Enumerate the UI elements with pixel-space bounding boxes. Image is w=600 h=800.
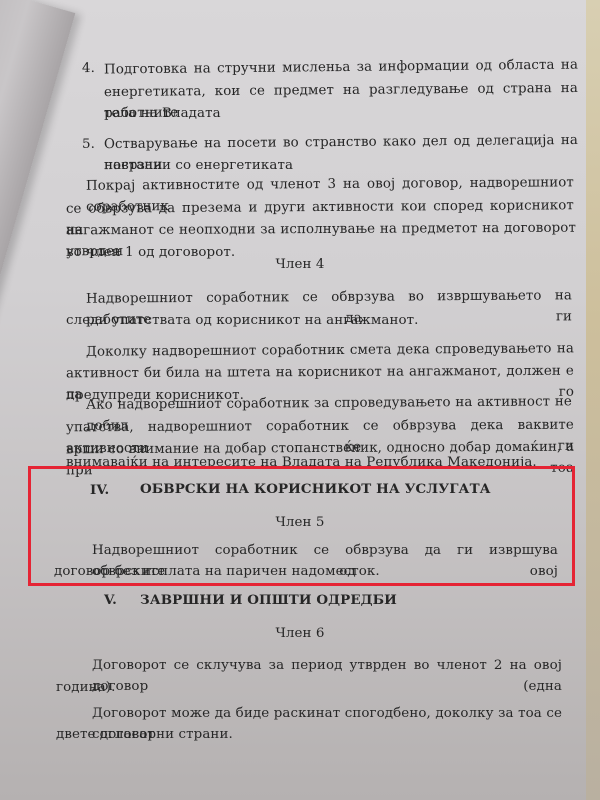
article-heading: Член 6 <box>230 623 370 644</box>
paragraph-line: следи упатствата од корисникот на ангажм… <box>66 310 419 331</box>
list-item-line: тела на Владата <box>104 103 221 124</box>
list-item-number: 5. <box>82 134 95 155</box>
paragraph-line: двете договорни страни. <box>56 724 233 745</box>
section-title: ОБВРСКИ НА КОРИСНИКОТ НА УСЛУГАТА <box>140 479 491 500</box>
paragraph-line: договор без исплата на паричен надоместо… <box>54 561 380 582</box>
folded-page-edge <box>0 0 75 359</box>
paragraph-line: година). <box>56 677 115 698</box>
background-edge <box>586 0 600 800</box>
section-number: IV. <box>90 480 109 501</box>
list-item-number: 4. <box>82 58 95 79</box>
section-title: ЗАВРШНИ И ОПШТИ ОДРЕДБИ <box>140 590 397 611</box>
paragraph-line: Доколку надворешниот соработник смета де… <box>86 338 574 362</box>
article-heading: Член 5 <box>230 512 370 533</box>
list-item-line: Подготовка на стручни мисленьа за информ… <box>104 55 578 81</box>
document-page: 4. Подготовка на стручни мисленьа за инф… <box>0 0 600 800</box>
paragraph-line: Договорот се склучува за период утврден … <box>92 655 562 697</box>
paragraph-line: во член 1 од договорот. <box>66 242 235 263</box>
section-number: V. <box>104 590 117 611</box>
list-item-line: поврзани со енергетиката <box>104 155 293 176</box>
article-heading: Член 4 <box>220 254 380 275</box>
